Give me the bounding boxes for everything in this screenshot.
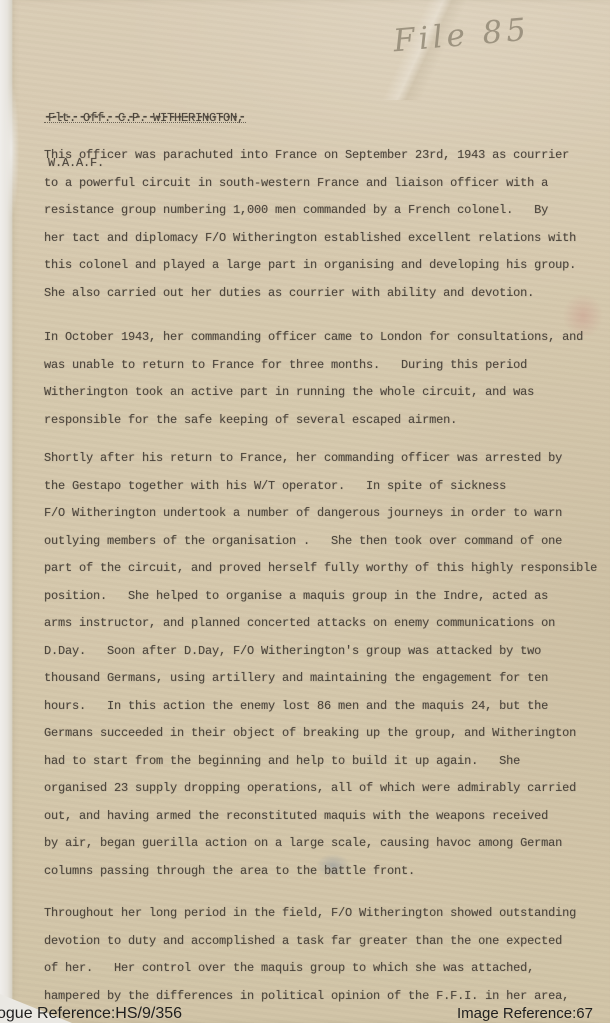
typed-line: hours. In this action the enemy lost 86 … <box>44 693 597 721</box>
typed-line: by air, began guerilla action on a large… <box>44 830 597 858</box>
typed-line: had to start from the beginning and help… <box>44 748 597 776</box>
typed-line: resistance group numbering 1,000 men com… <box>44 197 576 225</box>
typed-line: responsible for the safe keeping of seve… <box>44 407 583 435</box>
typed-line: the Gestapo together with his W/T operat… <box>44 473 597 501</box>
typed-line: outlying members of the organisation . S… <box>44 528 597 556</box>
typed-line: Shortly after his return to France, her … <box>44 445 597 473</box>
typed-paragraph: Throughout her long period in the field,… <box>44 900 576 1010</box>
catalogue-reference: ogue Reference:HS/9/356 <box>0 1005 182 1023</box>
typed-line: this colonel and played a large part in … <box>44 252 576 280</box>
typed-line: thousand Germans, using artillery and ma… <box>44 665 597 693</box>
typed-line: Witherington took an active part in runn… <box>44 379 583 407</box>
typed-line: D.Day. Soon after D.Day, F/O Witheringto… <box>44 638 597 666</box>
typed-line: F/O Witherington undertook a number of d… <box>44 500 597 528</box>
typed-line: to a powerful circuit in south-western F… <box>44 170 576 198</box>
typed-line: Throughout her long period in the field,… <box>44 900 576 928</box>
paper-edge-highlight <box>0 60 22 240</box>
image-reference: Image Reference:67 <box>457 1005 593 1022</box>
typed-line: Germans succeeded in their object of bre… <box>44 720 597 748</box>
typed-line: arms instructor, and planned concerted a… <box>44 610 597 638</box>
typed-line: organised 23 supply dropping operations,… <box>44 775 597 803</box>
typed-line: was unable to return to France for three… <box>44 352 583 380</box>
typed-line: of her. Her control over the maquis grou… <box>44 955 576 983</box>
typed-paragraph: Shortly after his return to France, her … <box>44 445 597 885</box>
typed-line: part of the circuit, and proved herself … <box>44 555 597 583</box>
typed-line: devotion to duty and accomplished a task… <box>44 928 576 956</box>
typed-line: her tact and diplomacy F/O Witherington … <box>44 225 576 253</box>
typed-paragraph: This officer was parachuted into France … <box>44 142 576 307</box>
typed-line: In October 1943, her commanding officer … <box>44 324 583 352</box>
scanned-document-page: File 85 Flt. Off. C.P. WITHERINGTON, W.A… <box>0 0 610 1023</box>
typed-line: position. She helped to organise a maqui… <box>44 583 597 611</box>
typed-line: columns passing through the area to the … <box>44 858 597 886</box>
typed-line: She also carried out her duties as courr… <box>44 280 576 308</box>
typed-line: out, and having armed the reconstituted … <box>44 803 597 831</box>
typed-line: This officer was parachuted into France … <box>44 142 576 170</box>
heading-divider: ----------------------------- <box>44 112 246 123</box>
typed-paragraph: In October 1943, her commanding officer … <box>44 324 583 434</box>
